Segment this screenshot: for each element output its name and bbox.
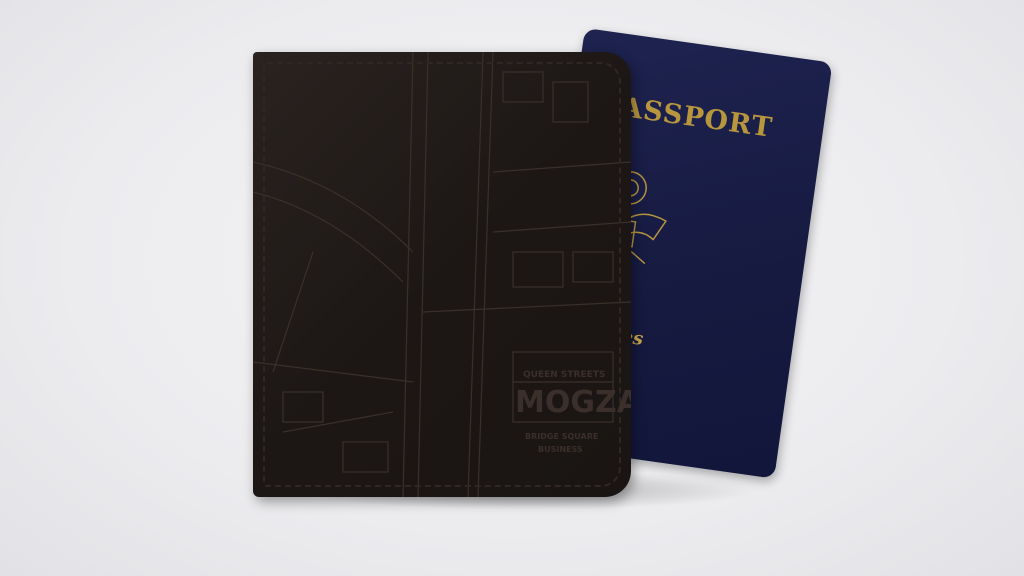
engraving-sub1: BRIDGE SQUARE [525, 432, 598, 441]
engraving-sub2: BUSINESS [538, 445, 583, 454]
stitching [263, 62, 621, 487]
engraving-top-text: QUEEN STREETS [523, 370, 605, 380]
engraving-title: MOGZA [515, 385, 631, 420]
leather-wallet: QUEEN STREETS MOGZA BRIDGE SQUARE BUSINE… [253, 52, 631, 497]
